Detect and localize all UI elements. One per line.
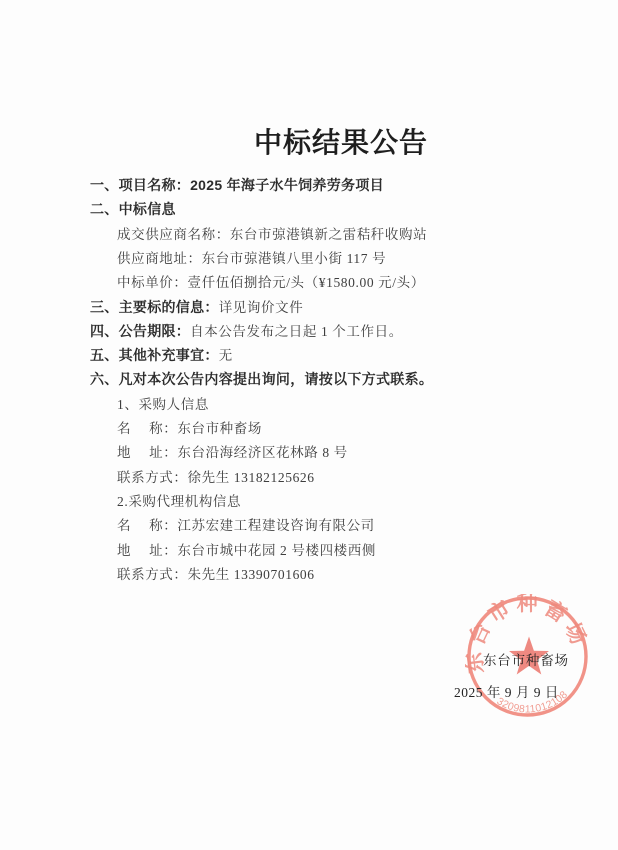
line-text: 自本公告发布之日起 1 个工作日。 [190, 324, 403, 339]
document-page: 中标结果公告 一、项目名称：2025 年海子水牛饲养劳务项目 二、中标信息 成交… [0, 0, 618, 850]
seal-date-text: 2025 年 9 月 9 日 [454, 685, 559, 701]
line-text: 详见询价文件 [219, 300, 304, 315]
line-supplier-name: 成交供应商名称：东台市弶港镇新之雷秸秆收购站 [117, 226, 427, 243]
line-text: 1、采购人信息 [117, 397, 209, 412]
line-label: 五、其他补充事宜： [90, 347, 219, 363]
document-title: 中标结果公告 [90, 127, 592, 161]
line-label: 二、中标信息 [90, 201, 176, 217]
line-text: 2.采购代理机构信息 [117, 494, 241, 509]
line-contact-heading: 六、凡对本次公告内容提出询问，请按以下方式联系。 [90, 371, 433, 388]
line-text: 联系方式：朱先生 13390701606 [117, 567, 315, 582]
line-agency-heading: 2.采购代理机构信息 [117, 493, 241, 510]
line-subject-info: 三、主要标的信息：详见询价文件 [90, 299, 303, 316]
line-purchaser-name: 名 称：东台市种畜场 [117, 420, 262, 437]
line-text: 成交供应商名称：东台市弶港镇新之雷秸秆收购站 [117, 227, 427, 242]
line-agency-address: 地 址：东台市城中花园 2 号楼四楼西侧 [117, 542, 376, 559]
line-supplier-address: 供应商地址：东台市弶港镇八里小街 117 号 [117, 250, 386, 267]
line-text: 供应商地址：东台市弶港镇八里小街 117 号 [117, 251, 386, 266]
line-agency-contact: 联系方式：朱先生 13390701606 [117, 566, 315, 583]
line-text: 联系方式：徐先生 13182125626 [117, 470, 315, 485]
line-text: 无 [219, 348, 233, 363]
line-other-matters: 五、其他补充事宜：无 [90, 347, 233, 364]
line-project-name: 一、项目名称：2025 年海子水牛饲养劳务项目 [90, 177, 384, 194]
seal-org-name-text: 东台市种畜场 [483, 653, 569, 668]
line-label: 六、凡对本次公告内容提出询问，请按以下方式联系。 [90, 371, 433, 387]
line-label: 一、项目名称：2025 年海子水牛饲养劳务项目 [90, 177, 384, 193]
line-award-price: 中标单价：壹仟伍佰捌拾元/头（¥1580.00 元/头） [117, 274, 425, 291]
line-text: 名 称：江苏宏建工程建设咨询有限公司 [117, 518, 375, 533]
line-award-info-heading: 二、中标信息 [90, 201, 176, 218]
line-label: 三、主要标的信息： [90, 299, 219, 315]
line-purchaser-contact: 联系方式：徐先生 13182125626 [117, 469, 315, 486]
line-text: 地 址：东台沿海经济区花林路 8 号 [117, 445, 348, 460]
line-agency-name: 名 称：江苏宏建工程建设咨询有限公司 [117, 517, 375, 534]
line-text: 中标单价：壹仟伍佰捌拾元/头（¥1580.00 元/头） [117, 275, 425, 290]
line-label: 四、公告期限： [90, 323, 190, 339]
line-purchaser-address: 地 址：东台沿海经济区花林路 8 号 [117, 444, 348, 461]
line-purchaser-heading: 1、采购人信息 [117, 396, 209, 413]
line-text: 地 址：东台市城中花园 2 号楼四楼西侧 [117, 543, 376, 558]
line-announcement-period: 四、公告期限：自本公告发布之日起 1 个工作日。 [90, 323, 403, 340]
line-text: 名 称：东台市种畜场 [117, 421, 262, 436]
